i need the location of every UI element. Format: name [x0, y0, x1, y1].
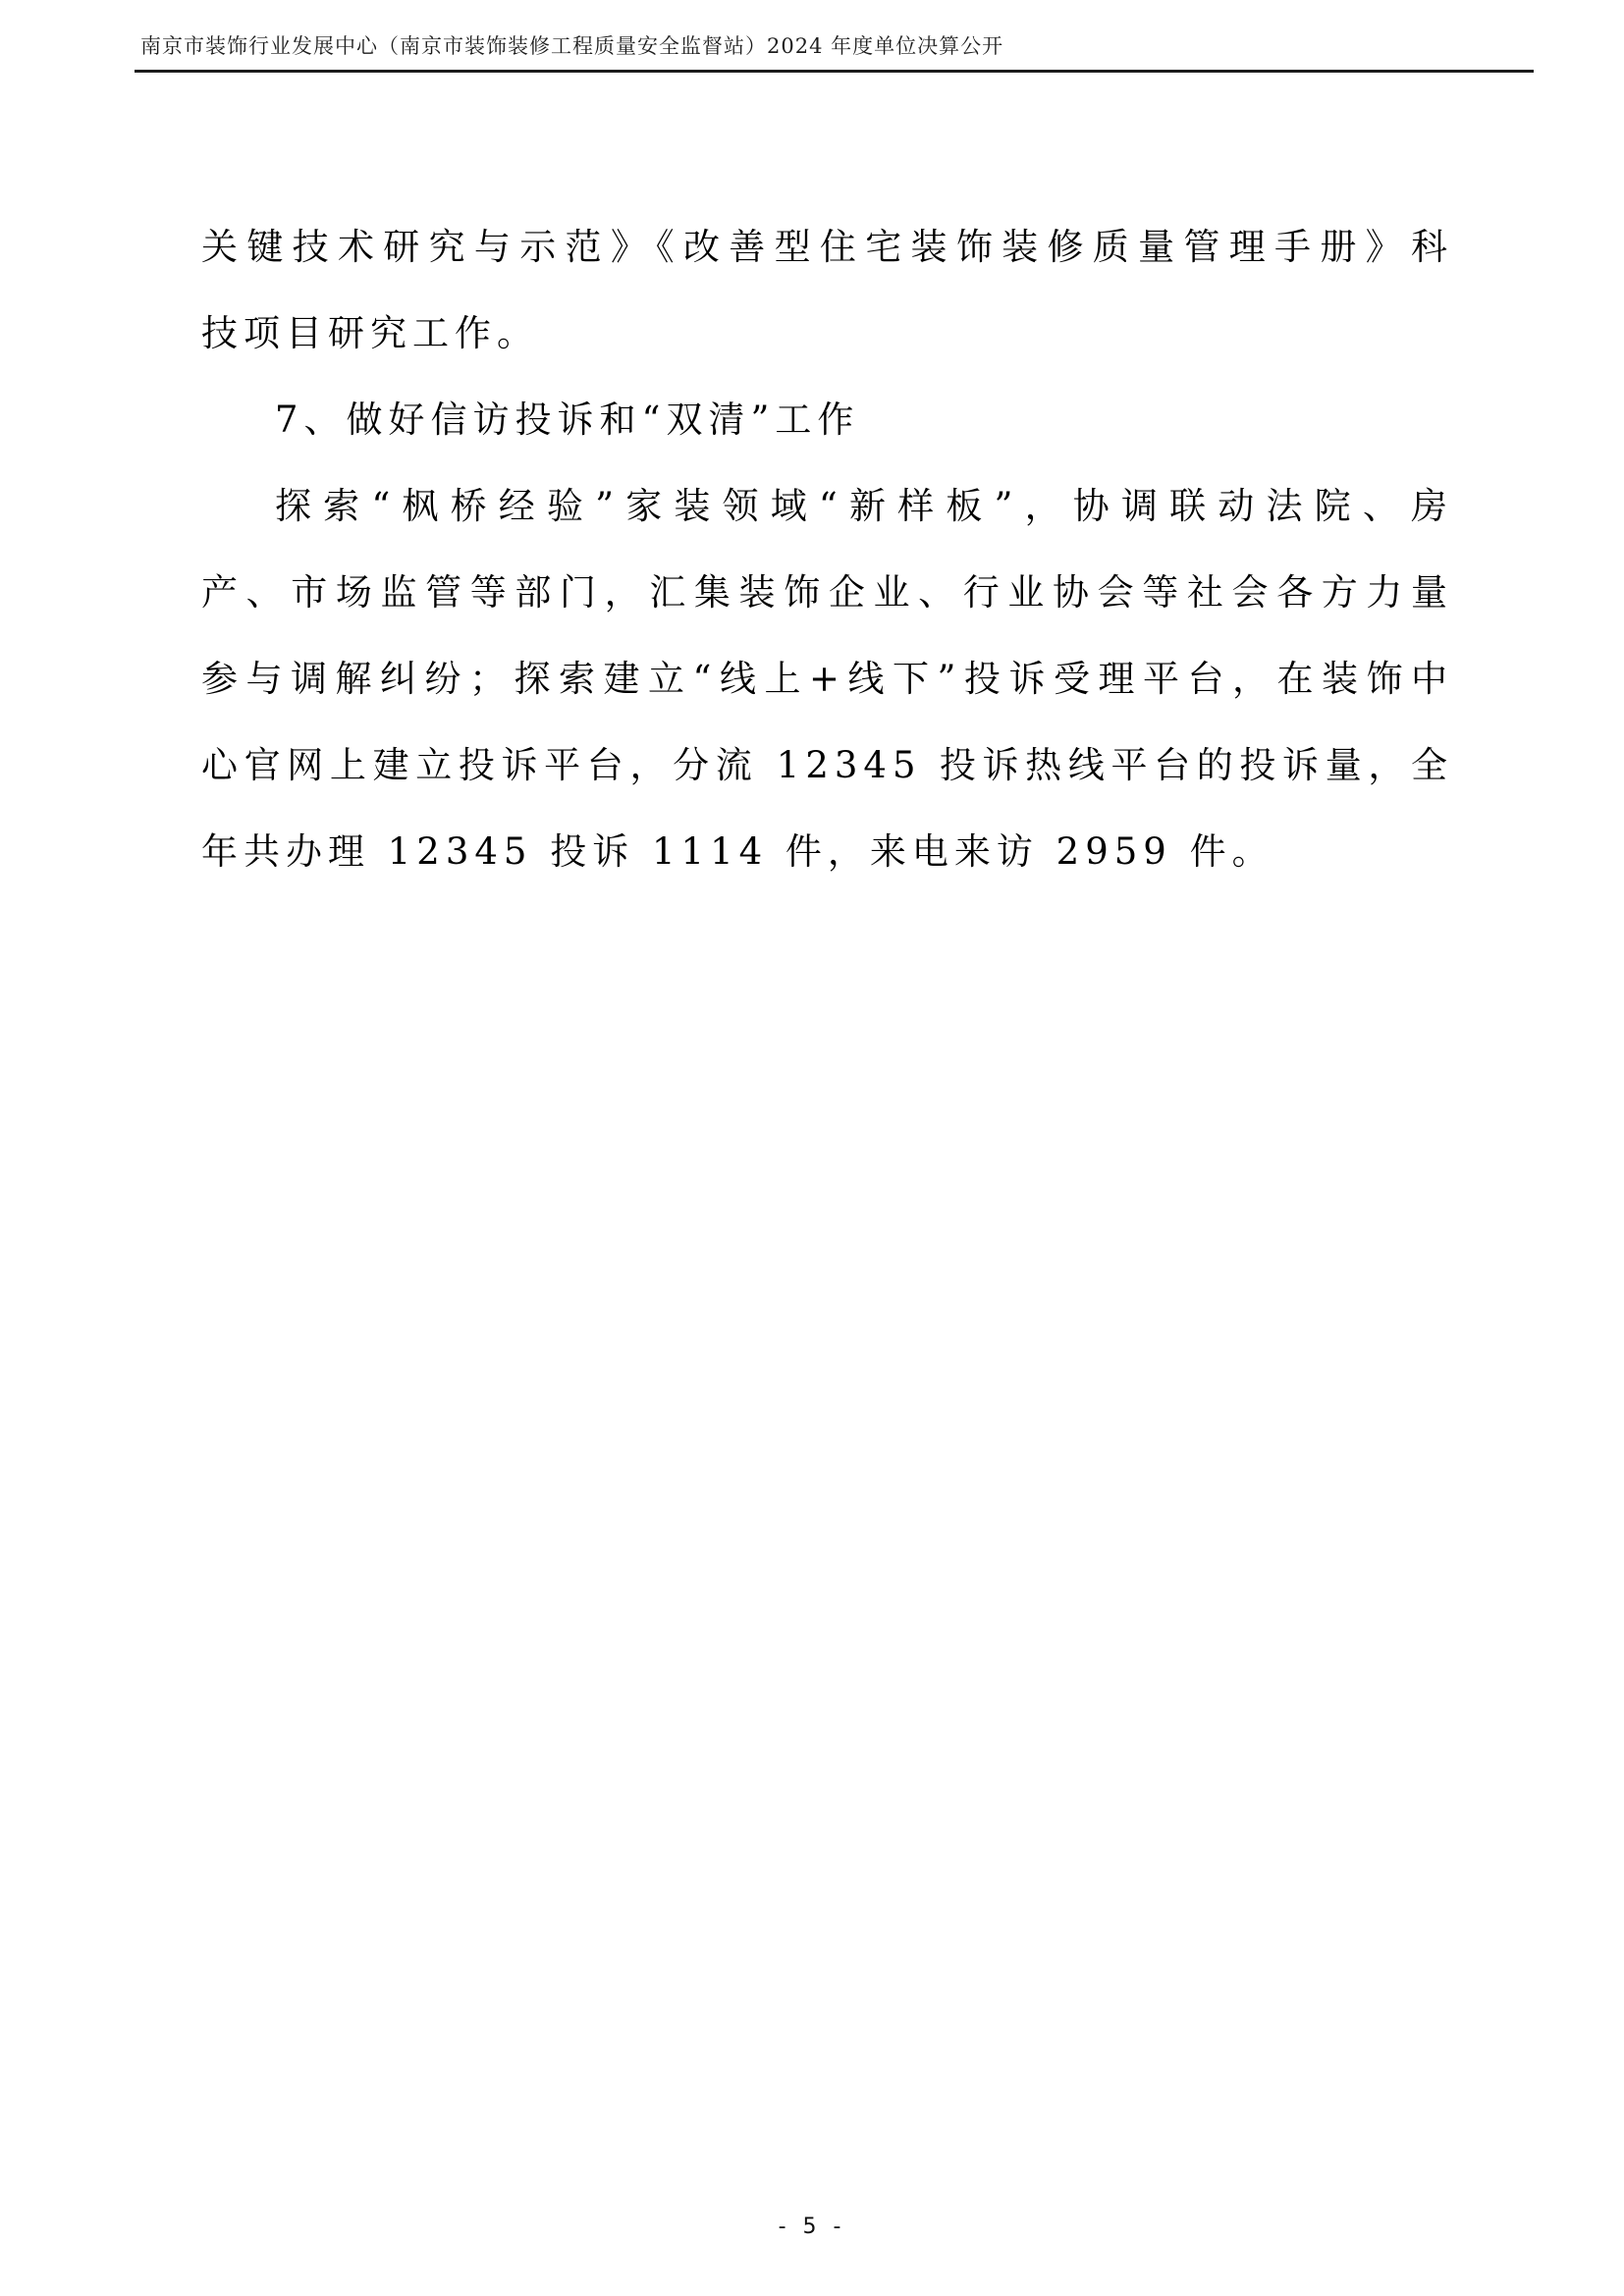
body-line-4: 探索“枫桥经验”家装领域“新样板”，协调联动法院、房 — [201, 463, 1453, 550]
page-footer: - 5 - — [0, 2215, 1624, 2239]
document-body: 关键技术研究与示范》《改善型住宅装饰装修质量管理手册》科 技项目研究工作。 7、… — [201, 204, 1453, 895]
body-line-8: 年共办理 12345 投诉 1114 件，来电来访 2959 件。 — [201, 809, 1453, 895]
page-number: - 5 - — [779, 2215, 846, 2239]
page-header: 南京市装饰行业发展中心（南京市装饰装修工程质量安全监督站）2024 年度单位决算… — [135, 33, 1534, 73]
body-line-5: 产、市场监管等部门，汇集装饰企业、行业协会等社会各方力量 — [201, 550, 1453, 636]
body-line-2: 技项目研究工作。 — [201, 291, 1453, 377]
section-heading-7: 7、做好信访投诉和“双清”工作 — [201, 377, 1453, 463]
body-line-7: 心官网上建立投诉平台，分流 12345 投诉热线平台的投诉量，全 — [201, 722, 1453, 809]
document-page: 南京市装饰行业发展中心（南京市装饰装修工程质量安全监督站）2024 年度单位决算… — [0, 0, 1624, 2296]
header-title: 南京市装饰行业发展中心（南京市装饰装修工程质量安全监督站）2024 年度单位决算… — [135, 33, 1534, 59]
body-line-6: 参与调解纠纷；探索建立“线上+线下”投诉受理平台，在装饰中 — [201, 636, 1453, 722]
body-line-1: 关键技术研究与示范》《改善型住宅装饰装修质量管理手册》科 — [201, 204, 1453, 291]
